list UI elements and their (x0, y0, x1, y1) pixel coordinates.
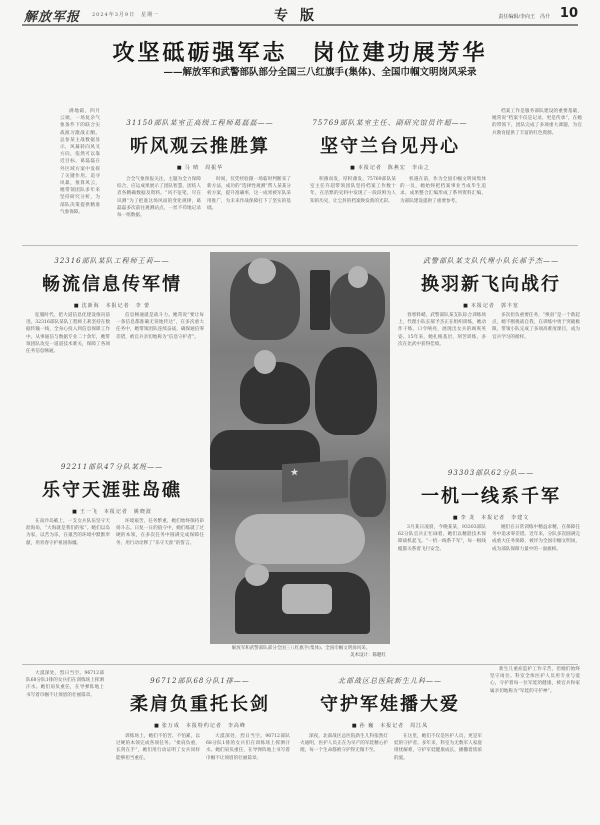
article-5-byline: 王一飞 本报记者 姚晓波 (22, 508, 202, 515)
section-label: 专版 (274, 5, 326, 25)
photo-figure (240, 362, 310, 424)
article-6-byline: 李 龙 本报记者 李建文 (396, 514, 586, 521)
photo-figure (315, 347, 377, 435)
photo-figure (350, 457, 386, 517)
divider (22, 664, 578, 665)
editor-credit: 责任编辑/李向王 冯升 (498, 13, 550, 20)
article-8-kicker: 北部战区总医院新生儿科—— (300, 676, 480, 686)
article-4-body-right: 多次担负重要任务，“换羽”是一个新起点，她不断挑战自我，在训练中勇于突破极限，带… (492, 312, 580, 448)
article-1-body-mid: 合全气象预报关注，主题为全力保障综合，应运成果展示了团队智慧，团结人者各精确数据… (117, 176, 201, 238)
photo-credit: 美术设计：陈健红 (300, 652, 386, 658)
newspaper-page: 解放军报 2024年3月9日 星期一 专版 责任编辑/李向王 冯升 10 攻坚砥… (0, 0, 600, 825)
photo-face (254, 350, 276, 374)
article-1-byline: 马 晴 周振华 (110, 164, 290, 171)
article-6-title: 一机一线系千军 (396, 482, 586, 508)
photo-face (245, 564, 269, 586)
article-7-body-mid: 训练场上，她们不怕苦、不怕累，以过硬的本领完成各项任务。“柔肩负重，长剑在手”，… (116, 733, 200, 821)
article-1-header: 31150部队某室正高级工程师葛磊磊—— 听风观云推胜算 马 晴 周振华 (110, 118, 290, 171)
main-headline: 攻坚砥砺强军志 岗位建功展芳华 (0, 36, 600, 67)
article-1-title: 听风观云推胜算 (110, 132, 290, 158)
photo-caption: 解放军和武警部队部分全国三八红旗手(集体)、全国巾帼文明岗风采。 (216, 645, 386, 652)
article-4-kicker: 武警部队某支队代理小队长郝予杰—— (396, 256, 586, 266)
article-8-body-left: 深夜，北部战区总医院新生儿科依然灯火通明，医护人员正在为早产的军娃精心护理，每一… (300, 733, 388, 821)
article-7-header: 96712部队68分队1排—— 柔肩负重托长剑 张万成 本报特约记者 李高峰 (110, 676, 290, 729)
article-1-body-left: 满地霜，四月云端，一场复杂气象条件下的联合实战演习激战正酣。总参某主战数据显示，… (60, 108, 100, 236)
divider (22, 245, 578, 246)
article-5-header: 92211部队47分队某班—— 乐守天涯驻岛礁 王一飞 本报记者 姚晓波 (22, 462, 202, 515)
masthead: 解放军报 2024年3月9日 星期一 专版 责任编辑/李向王 冯升 10 (22, 4, 578, 26)
article-1-body-right: 时间，仅凭经验跟一场临时判断来了新方法，成功的“选择性观测”帮人某某分析方案，提… (207, 176, 291, 238)
article-6-kicker: 93303部队62分队—— (396, 468, 586, 478)
article-4-title: 换羽新飞向战行 (396, 270, 586, 296)
article-8-body-mid: 在这里，她们不仅是医护人员，更是军娃的守护者。多年来，科室为无数军人家庭排忧解难… (394, 733, 482, 821)
photo-face (248, 258, 276, 284)
article-8-byline: 孙 巍 本报记者 周江凤 (300, 722, 480, 729)
article-3-body-right: 信息畅通就是战斗力。她常说“要让每一条信息都准确无误地传达”，在多次重大任务中，… (116, 312, 204, 434)
article-4-body-left: 春寒料峭，武警部队某支队综合训练场上，代理小队长郝予杰正在组织训练，她动作干练、… (398, 312, 486, 448)
article-7-title: 柔肩负重托长剑 (110, 690, 290, 716)
article-5-title: 乐守天涯驻岛礁 (22, 476, 202, 502)
article-2-title: 坚守兰台见丹心 (305, 132, 475, 158)
photo-flag (282, 460, 348, 503)
article-3-byline: 沈新海 本报记者 李 蕾 (22, 302, 202, 309)
article-3-body-left: 征服时代，把大道信息化建设推向前进。32316部队某队工程师王莉坚持在数据传输一… (26, 312, 110, 434)
article-1-kicker: 31150部队某室正高级工程师葛磊磊—— (110, 118, 290, 128)
article-4-header: 武警部队某支队代理小队长郝予杰—— 换羽新飞向战行 本报记者 郭丰宽 (396, 256, 586, 309)
article-2-kicker: 75769部队某室主任、副研究馆员许超—— (305, 118, 475, 128)
photo-collage (210, 252, 390, 644)
article-8-header: 北部战区总医院新生儿科—— 守护军娃播大爱 孙 巍 本报记者 周江凤 (300, 676, 480, 729)
photo-document (282, 584, 332, 614)
article-7-kicker: 96712部队68分队1排—— (110, 676, 290, 686)
article-2-body-mid: 机遇在前，作为全国巾帼文明岗集体的一员，她始终把档案事业当成毕生追求。成果整合汇… (400, 176, 486, 238)
photo-soldiers (235, 514, 365, 564)
article-7-body-right: 大漠深处，烈日当空。96712部队68分队1排的女兵们在训练场上挥洒汗水。她们肩… (206, 733, 290, 821)
article-2-header: 75769部队某室主任、副研究馆员许超—— 坚守兰台见丹心 本报记者 陈燕宏 李… (305, 118, 475, 171)
article-2-body-right: 档案工作是服务部队建设的重要基础，她常说“档案不仅是记录，更是传承”，在她的带领… (492, 108, 582, 238)
photo-monitor (310, 270, 330, 330)
article-7-body-left: 大漠深处，烈日当空。96712部队68分队1排的女兵们在训练场上挥洒汗水。她们肩… (26, 670, 104, 820)
article-4-byline: 本报记者 郭丰宽 (396, 302, 586, 309)
article-5-body-left: 在南沙岛礁上，一支女兵队伍坚守天涯海角，“大海就是我们的家”。她们以岛为家，以苦… (26, 518, 110, 658)
article-6-body-right: 她们在日常训练中精益求精，在保障任务中追求零差错。近年来，分队多次圆满完成重大任… (492, 524, 580, 658)
article-6-body-left: 3月某日凌晨，今晚某某，93303部队62分队官兵正忙碌着，她们以精湛技术保障战… (398, 524, 486, 658)
article-2-byline: 本报记者 陈燕宏 李由之 (305, 164, 475, 171)
article-8-body-right: 新生儿重症监护工作辛苦，但她们始终坚守岗位。科室全体医护人员用专业与爱心，守护着… (490, 666, 580, 821)
article-5-kicker: 92211部队47分队某班—— (22, 462, 202, 472)
photo-face (348, 266, 368, 288)
article-3-header: 32316部队某队工程师王莉—— 畅流信息传军情 沈新海 本报记者 李 蕾 (22, 256, 202, 309)
article-2-body-left: 积薄而发，厚积薄发。75769部队某室主任许超带领团队坚持档案工作数十年，在浩繁… (310, 176, 396, 238)
article-8-title: 守护军娃播大爱 (300, 690, 480, 716)
issue-date: 2024年3月9日 星期一 (92, 11, 159, 18)
main-subheadline: ——解放军和武警部队部分全国三八红旗手(集体)、全国巾帼文明岗风采录 (0, 64, 600, 78)
article-5-body-mid: 环境艰苦，任务繁重，她们始终保持昂扬斗志。日复一日的值守中，她们练就了过硬的本领… (116, 518, 204, 658)
article-3-kicker: 32316部队某队工程师王莉—— (22, 256, 202, 266)
page-number: 10 (560, 6, 578, 21)
article-3-title: 畅流信息传军情 (22, 270, 202, 296)
article-6-header: 93303部队62分队—— 一机一线系千军 李 龙 本报记者 李建文 (396, 468, 586, 521)
newspaper-logo: 解放军报 (24, 6, 80, 25)
article-7-byline: 张万成 本报特约记者 李高峰 (110, 722, 290, 729)
